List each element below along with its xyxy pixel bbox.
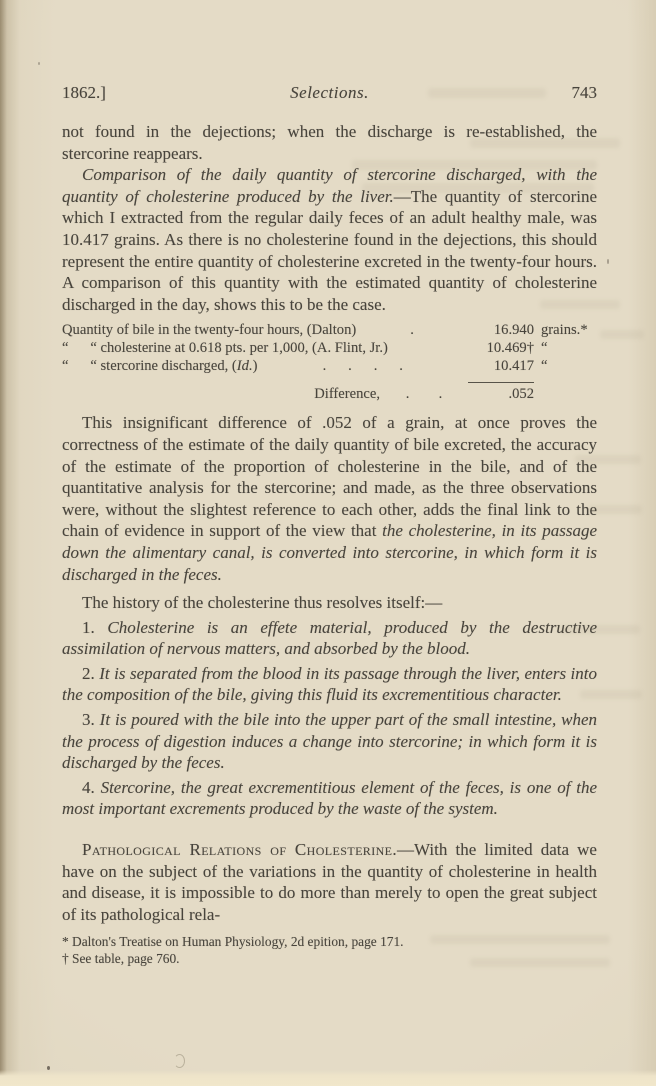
footnote-dagger: † See table, page 760. — [62, 951, 597, 968]
item-text: Stercorine, the great excrementitious el… — [62, 778, 597, 819]
leader-dots: . — [356, 321, 468, 339]
header-page-number: 743 — [487, 82, 597, 104]
header-section-title: Selections. — [172, 82, 487, 104]
table-row: “ “ stercorine discharged, (Id.) . . . .… — [62, 357, 597, 375]
item-text: It is separated from the blood in its pa… — [62, 664, 597, 705]
header-year: 1862.] — [62, 82, 172, 104]
leader-dots: . . . . — [257, 357, 468, 375]
leader-dots: . . — [380, 385, 468, 403]
list-item: 4. Stercorine, the great excrementitious… — [62, 777, 597, 820]
difference-label: Difference, — [62, 385, 380, 403]
ink-curl-mark — [174, 1054, 185, 1068]
row-label: Quantity of bile in the twenty-four hour… — [62, 321, 356, 339]
row-unit: “ — [534, 357, 597, 375]
table-row: Quantity of bile in the twenty-four hour… — [62, 321, 597, 339]
row-label: “ “ cholesterine at 0.618 pts. per 1,000… — [62, 339, 388, 357]
paragraph-text: not found in the dejections; when the di… — [62, 122, 597, 163]
paragraph-continuation: not found in the dejections; when the di… — [62, 121, 597, 164]
list-item: 1. Cholesterine is an effete material, p… — [62, 617, 597, 660]
row-label-text: Quantity of bile in the twenty-four hour… — [62, 322, 356, 338]
item-text: It is poured with the bile into the uppe… — [62, 710, 597, 772]
paragraph-text: The history of the cholesterine thus res… — [82, 593, 442, 612]
ink-speck — [607, 259, 609, 264]
row-unit: “ — [534, 339, 597, 357]
ink-speck — [38, 62, 40, 65]
list-item: 3. It is poured with the bile into the u… — [62, 709, 597, 774]
running-head: 1862.] Selections. 743 — [62, 82, 597, 104]
quantity-table: Quantity of bile in the twenty-four hour… — [62, 321, 597, 403]
paragraph-history-intro: The history of the cholesterine thus res… — [62, 592, 597, 614]
footnotes: * Dalton's Treatise on Human Physiology,… — [62, 934, 597, 967]
row-label-text: “ “ cholesterine at 0.618 pts. per 1,000… — [62, 340, 388, 356]
item-text: Cholesterine is an effete material, prod… — [62, 618, 597, 659]
item-number: 3. — [82, 710, 95, 729]
item-number: 1. — [82, 618, 95, 637]
item-number: 4. — [82, 778, 95, 797]
difference-value: .052 — [468, 382, 534, 403]
table-difference-row: Difference, . . .052 — [62, 382, 597, 403]
row-label: “ “ stercorine discharged, (Id.) — [62, 357, 257, 375]
row-value: 10.417 — [468, 357, 534, 375]
paragraph-conclusion: This insignificant difference of .052 of… — [62, 412, 597, 585]
ink-speck — [47, 1066, 50, 1070]
paragraph-pathological: Pathological Relations of Cholesterine.—… — [62, 839, 597, 925]
row-value: 10.469† — [468, 339, 534, 357]
row-value: 16.940 — [468, 321, 534, 339]
section-heading-smallcaps: Pathological Relations of Cholesterine. — [82, 840, 397, 859]
row-unit: grains.* — [534, 321, 597, 339]
scanned-book-page: 1862.] Selections. 743 not found in the … — [0, 0, 656, 1086]
table-row: “ “ cholesterine at 0.618 pts. per 1,000… — [62, 339, 597, 357]
footnote-asterisk: * Dalton's Treatise on Human Physiology,… — [62, 934, 597, 951]
paragraph-comparison: Comparison of the daily quantity of ster… — [62, 164, 597, 315]
row-label-italic: Id. — [237, 358, 253, 374]
bleedthrough-mark — [600, 330, 644, 339]
item-number: 2. — [82, 664, 95, 683]
row-label-text: “ “ stercorine discharged, ( — [62, 358, 237, 374]
list-item: 2. It is separated from the blood in its… — [62, 663, 597, 706]
